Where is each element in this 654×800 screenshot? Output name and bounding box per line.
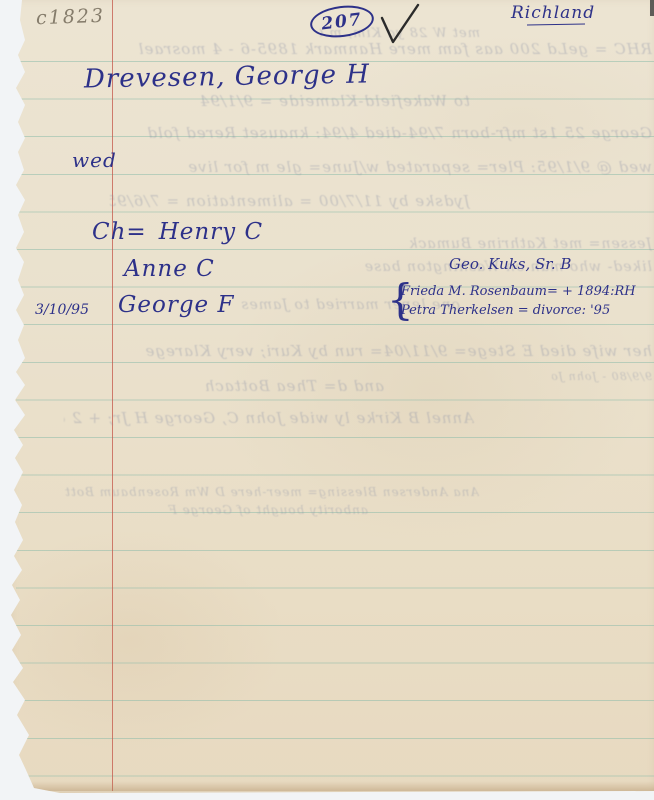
bleedthrough-line: Annel B Kirke ly wide John C, George H J… [64,409,474,427]
paper-bottom-edge-shadow [20,781,654,791]
marriage-note-line1: Geo. Kuks, Sr. B [449,255,571,273]
record-head-name: Drevesen, George H [84,60,370,95]
bleedthrough-line: George 25 1st mfr-born 7/94-died 4/94: k… [110,124,652,142]
location-underline [527,23,585,25]
location-note: Richland [511,3,595,23]
bleedthrough-line: wed @ 9/1/95: Pler= separated w/June= gl… [110,158,652,176]
scanner-background: met W 28 ya Kim, m Co. RHC = geLd 200 aa… [0,0,654,800]
children-label: Ch= [92,219,147,245]
marital-status-note: wed [72,148,117,172]
child-name: Henry C [159,219,263,245]
bleedthrough-line: to Wakefield-Klameide = 9/1/94 [110,92,470,110]
children-row-henry: Ch=Henry C [92,219,263,245]
marriage-note-line3: Petra Therkelsen = divorce: '95 [401,303,610,318]
bleedthrough-line: Jessen= met Kathrine Bumack [300,236,652,252]
ledger-page: met W 28 ya Kim, m Co. RHC = geLd 200 aa… [0,0,654,800]
bleedthrough-line: Ana Andersen Blessing= meer-here D Wm Ro… [64,485,479,499]
children-row-anne: Anne C [124,256,215,282]
checkmark-icon [376,2,424,50]
pencil-date-note: c1823 [36,5,106,29]
child-birth-date: 3/10/95 [35,302,89,318]
scan-edge-artifact [650,0,654,16]
marriage-note-line2: Frieda M. Rosenbaum= + 1894:RH [401,284,636,299]
bleedthrough-line: Jydske by 11/7/00 = alimentation = 7/6/9… [110,192,470,210]
red-margin-line [112,0,113,791]
page-number: 207 [320,9,364,34]
bleedthrough-line: her wife died E Stege= 9/11/04= run by K… [64,342,652,360]
bleedthrough-line: 9/9/80 - John Joyed [552,370,652,383]
bleedthrough-line: and d= Thea Bottach [64,377,384,395]
bleedthrough-line: anbority bought of George F Christian [168,503,368,517]
children-row-george: George F [118,292,234,318]
